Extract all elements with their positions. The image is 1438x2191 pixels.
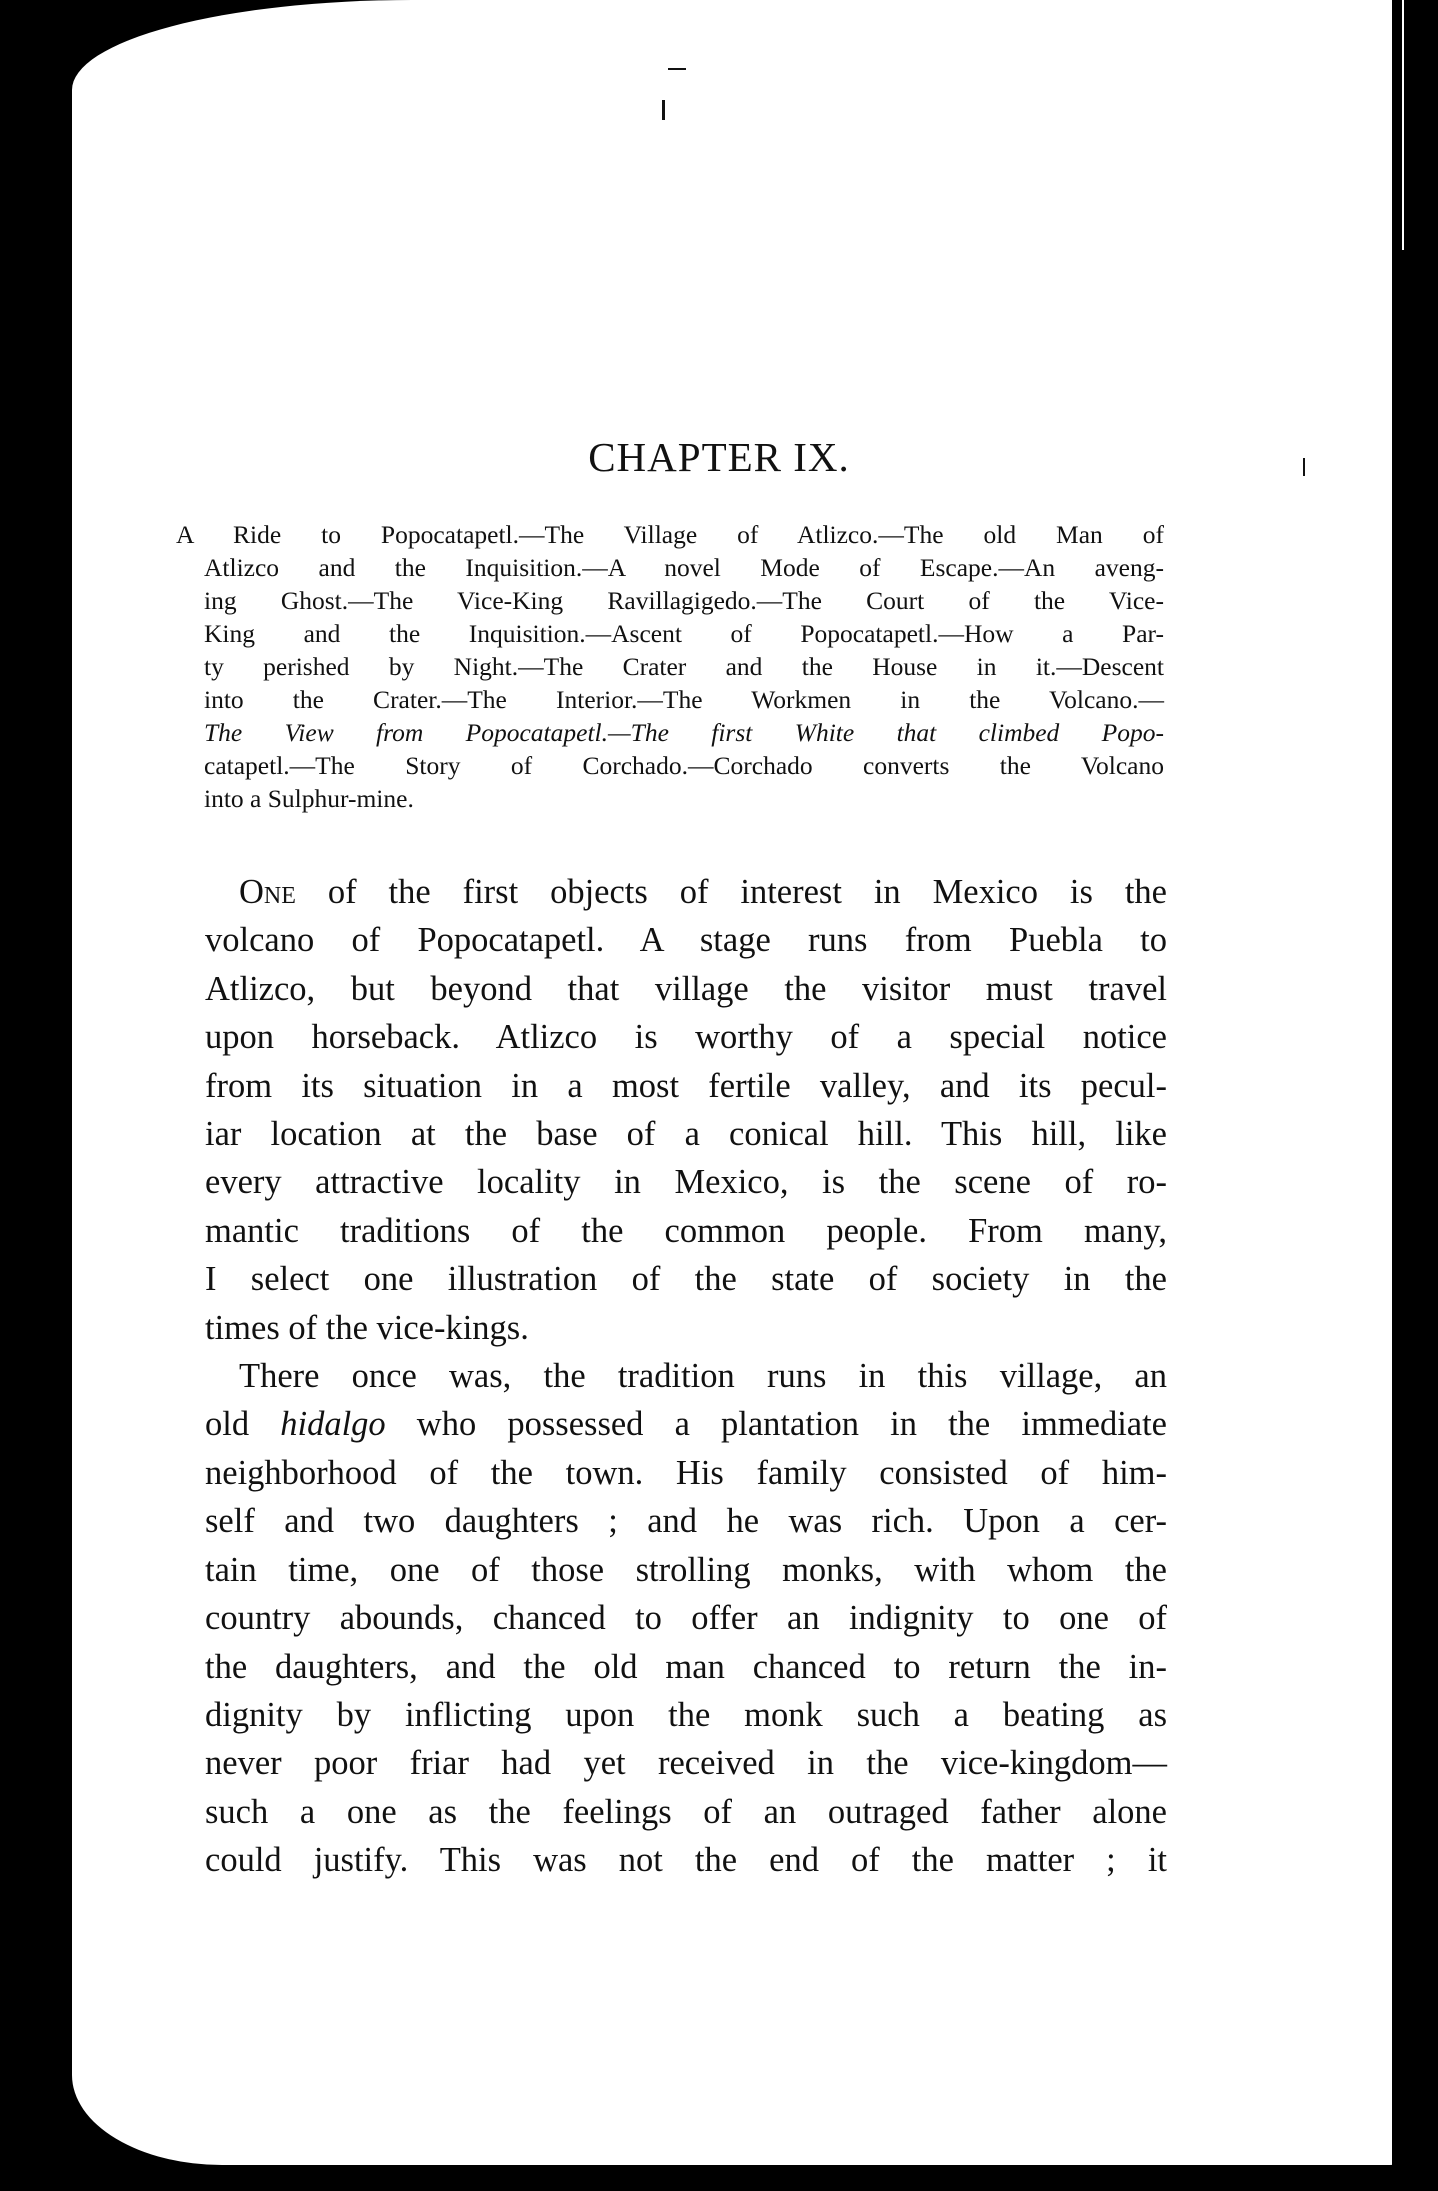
body-line: self and two daughters ; and he was rich…	[205, 1497, 1167, 1545]
page-edge-line	[1402, 0, 1404, 250]
summary-line: A Ride to Popocatapetl.—The Village of A…	[204, 518, 1164, 551]
body-line: iar location at the base of a conical hi…	[205, 1110, 1167, 1158]
body-line: tain time, one of those strolling monks,…	[205, 1546, 1167, 1594]
body-line-text: who possessed a plantation in the immedi…	[386, 1405, 1167, 1443]
body-line: the daughters, and the old man chanced t…	[205, 1643, 1167, 1691]
summary-line: catapetl.—The Story of Corchado.—Corchad…	[204, 749, 1164, 782]
body-line: could justify. This was not the end of t…	[205, 1836, 1167, 1884]
body-line: every attractive locality in Mexico, is …	[205, 1158, 1167, 1206]
bottom-scan-border	[0, 2165, 1438, 2191]
summary-line: ty perished by Night.—The Crater and the…	[204, 650, 1164, 683]
body-line: country abounds, chanced to offer an ind…	[205, 1594, 1167, 1642]
chapter-summary: A Ride to Popocatapetl.—The Village of A…	[176, 518, 1164, 815]
body-line: times of the vice-kings.	[205, 1304, 1167, 1352]
body-line: such a one as the feelings of an outrage…	[205, 1788, 1167, 1836]
body-line-text: of the first objects of interest in Mexi…	[296, 873, 1167, 911]
body-line: from its situation in a most fertile val…	[205, 1062, 1167, 1110]
lead-word-small-caps: One	[239, 873, 296, 911]
chapter-heading: CHAPTER IX.	[0, 433, 1438, 481]
body-line: never poor friar had yet received in the…	[205, 1739, 1167, 1787]
body-line: There once was, the tradition runs in th…	[205, 1352, 1167, 1400]
summary-line: into a Sulphur-mine.	[204, 782, 1164, 815]
paragraph-1: One of the first objects of interest in …	[205, 868, 1167, 1352]
body-line: upon horseback. Atlizco is worthy of a s…	[205, 1013, 1167, 1061]
summary-line: into the Crater.—The Interior.—The Workm…	[204, 683, 1164, 716]
body-line: Atlizco, but beyond that village the vis…	[205, 965, 1167, 1013]
summary-line: King and the Inquisition.—Ascent of Popo…	[204, 617, 1164, 650]
summary-line: The View from Popocatapetl.—The first Wh…	[204, 716, 1164, 749]
body-line: mantic traditions of the common people. …	[205, 1207, 1167, 1255]
right-scan-border	[1392, 0, 1438, 2191]
stray-mark	[662, 100, 665, 120]
body-text: One of the first objects of interest in …	[205, 868, 1167, 1885]
body-line: volcano of Popocatapetl. A stage runs fr…	[205, 916, 1167, 964]
summary-line: Atlizco and the Inquisition.—A novel Mod…	[204, 551, 1164, 584]
body-line: dignity by inflicting upon the monk such…	[205, 1691, 1167, 1739]
body-line: I select one illustration of the state o…	[205, 1255, 1167, 1303]
body-line: One of the first objects of interest in …	[205, 868, 1167, 916]
paragraph-2: There once was, the tradition runs in th…	[205, 1352, 1167, 1884]
body-line: old hidalgo who possessed a plantation i…	[205, 1400, 1167, 1448]
stray-mark	[668, 68, 686, 70]
body-line-text: old	[205, 1405, 280, 1443]
body-line: neighborhood of the town. His family con…	[205, 1449, 1167, 1497]
summary-line: ing Ghost.—The Vice-King Ravillagigedo.—…	[204, 584, 1164, 617]
italic-word: hidalgo	[280, 1405, 385, 1443]
